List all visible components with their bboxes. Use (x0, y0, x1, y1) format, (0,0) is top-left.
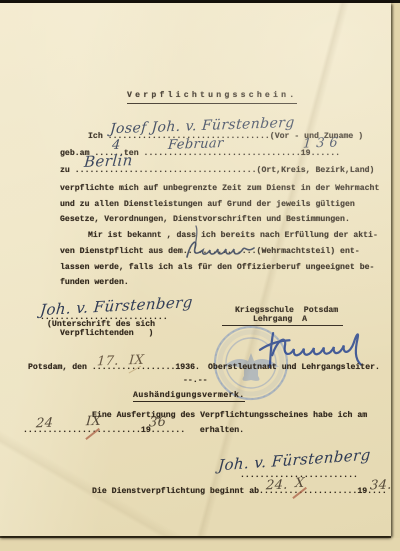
handwritten-start-year: 34. (370, 479, 393, 493)
handwritten-start-day: 24. (266, 479, 289, 493)
service-start-line: Die Dienstverpflichtung beginnt ab......… (92, 488, 387, 496)
scan-right-strip (391, 3, 400, 538)
receipt-line2: ........................19....... erhalt… (23, 427, 244, 435)
handwritten-receipt-month: IX (86, 415, 102, 429)
scan-bottom-strip (0, 538, 400, 551)
paragraph2-line3: lassen werde, falls ich als für den Offi… (60, 264, 374, 272)
paragraph1-line1: verpflichte mich auf unbegrenzte Zeit zu… (60, 185, 379, 193)
signature-caption-line2: Verpflichtenden ) (60, 330, 153, 338)
handwritten-date-month: IX (129, 354, 145, 368)
paragraph2-line4: funden werden. (60, 279, 129, 287)
handwritten-birth-year: 1 3 6 (303, 136, 339, 150)
handwritten-wehrmachtsteil-scribble ink-scribble-word (182, 237, 268, 263)
handwritten-birthplace: Berlin (83, 153, 133, 170)
handwritten-receipt-year: 36 (149, 416, 167, 430)
divider-dashes: --.-- (183, 377, 208, 385)
paragraph1-line3: Gesetze, Verordnungen, Dienstvorschrifte… (60, 216, 350, 224)
handwritten-receipt-day: 24 (36, 417, 54, 431)
signature-caption-line1: (Unterschrift des sich (47, 321, 155, 329)
vermerk-heading: Aushändigungsvermerk. (133, 392, 245, 402)
doc-title: Verpflichtungsschein. (127, 92, 297, 104)
document-paper: Verpflichtungsschein. Ich ..............… (0, 3, 391, 536)
handwritten-birth-day: 4 (112, 139, 122, 152)
paragraph1-line2: und zu allen Dienstleistungen auf Grund … (60, 201, 355, 209)
school-name: Kriegsschule Potsdam (235, 307, 338, 315)
handwritten-date-day: 17. (97, 355, 120, 369)
officer-title-line: Oberstleutnant und Lehrgangsleiter. (208, 364, 380, 372)
receipt-line1: Eine Ausfertigung des Verpflichtungssche… (92, 412, 367, 420)
receipt-signature: Joh. v. Fürstenberg (218, 448, 372, 474)
handwritten-birth-month: Februar (168, 137, 225, 152)
